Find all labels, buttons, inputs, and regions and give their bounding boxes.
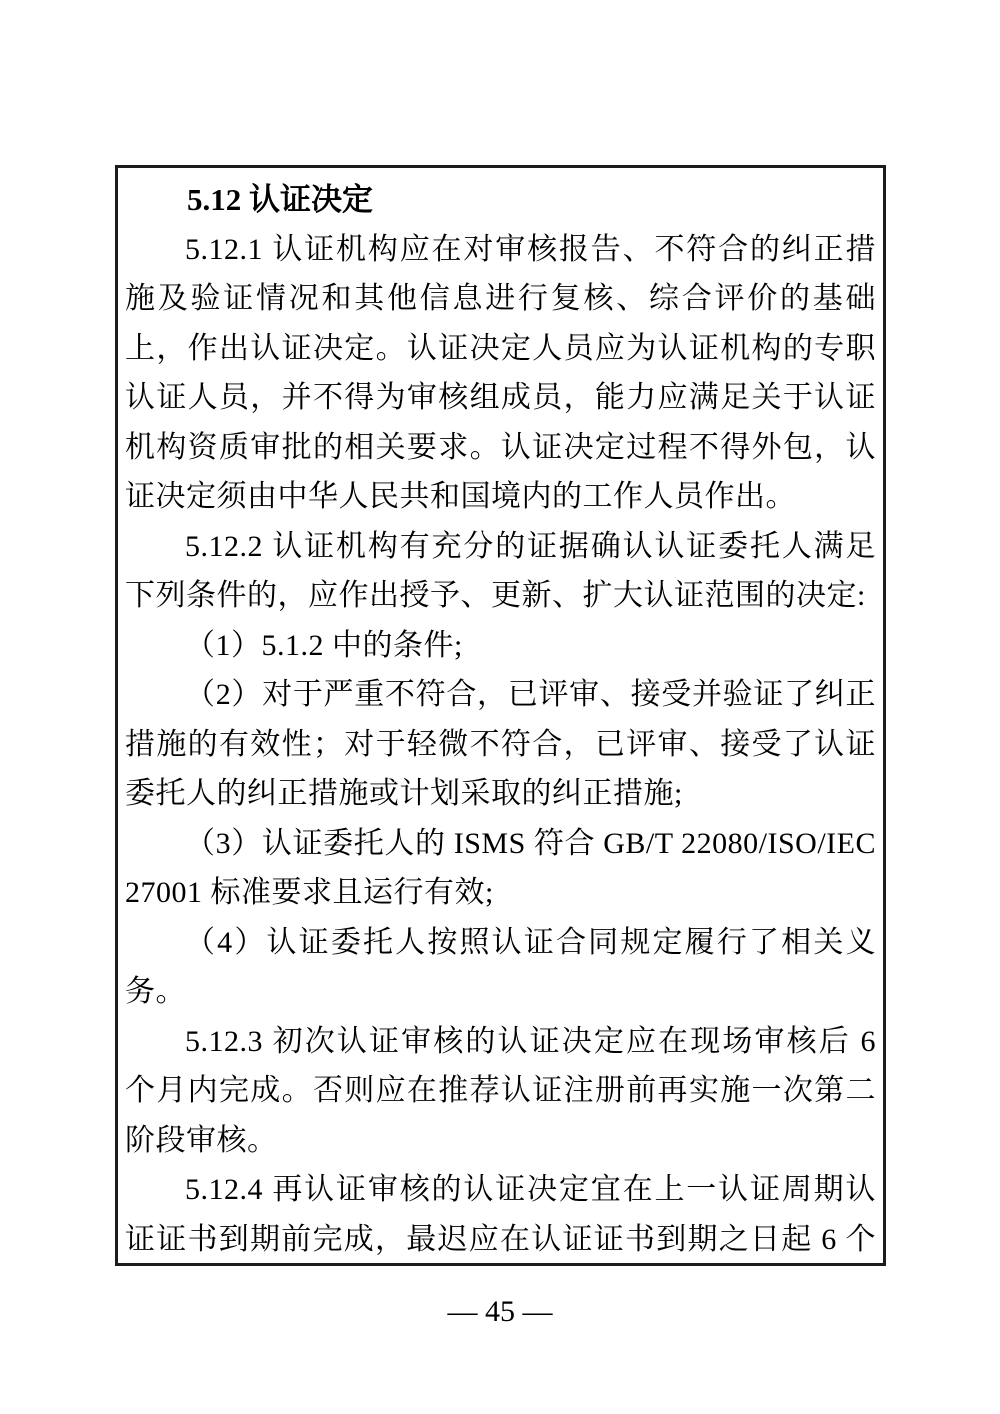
list-item-2: （2）对于严重不符合，已评审、接受并验证了纠正措施的有效性；对于轻微不符合，已评… <box>125 670 876 819</box>
paragraph-5-12-3: 5.12.3 初次认证审核的认证决定应在现场审核后 6 个月内完成。否则应在推荐… <box>125 1017 876 1166</box>
content-cell: 5.12 认证决定 5.12.1 认证机构应在对审核报告、不符合的纠正措施及验证… <box>115 165 886 1266</box>
page-number: — 45 — <box>0 1292 1000 1332</box>
paragraph-5-12-2: 5.12.2 认证机构有充分的证据确认认证委托人满足下列条件的，应作出授予、更新… <box>125 522 876 621</box>
paragraph-5-12-4: 5.12.4 再认证审核的认证决定宜在上一认证周期认证证书到期前完成，最迟应在认… <box>125 1165 876 1266</box>
list-item-3: （3）认证委托人的 ISMS 符合 GB/T 22080/ISO/IEC 270… <box>125 819 876 918</box>
paragraph-5-12-1: 5.12.1 认证机构应在对审核报告、不符合的纠正措施及验证情况和其他信息进行复… <box>125 225 876 522</box>
list-item-1: （1）5.1.2 中的条件; <box>125 621 876 671</box>
list-item-4: （4）认证委托人按照认证合同规定履行了相关义务。 <box>125 918 876 1017</box>
document-page: 5.12 认证决定 5.12.1 认证机构应在对审核报告、不符合的纠正措施及验证… <box>0 0 1000 1414</box>
section-heading: 5.12 认证决定 <box>125 175 876 225</box>
